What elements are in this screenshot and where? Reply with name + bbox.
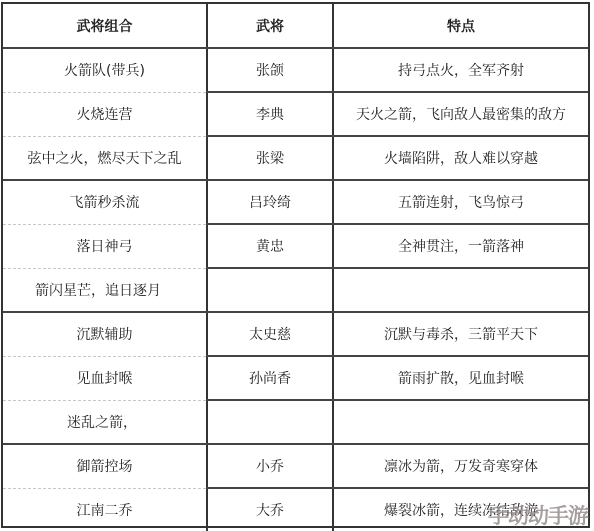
table-row: 见血封喉 孙尚香 箭雨扩散，见血封喉 bbox=[3, 356, 588, 400]
feature-cell: 箭雨扩散，见血封喉 bbox=[332, 356, 588, 400]
general-cell bbox=[206, 268, 332, 312]
feature-cell: 沉默与毒杀，三箭平天下 bbox=[332, 312, 588, 356]
table-header-row: 武将组合 武将 特点 bbox=[3, 4, 588, 48]
general-cell: 李典 bbox=[206, 92, 332, 136]
feature-cell bbox=[332, 268, 588, 312]
general-cell: 大乔 bbox=[206, 488, 332, 531]
grid-line-dashed bbox=[3, 92, 206, 93]
combo-cell: 火烧连营 bbox=[3, 92, 206, 136]
header-combo: 武将组合 bbox=[3, 4, 206, 48]
combo-cell: 迷乱之箭， bbox=[3, 400, 206, 444]
grid-line bbox=[206, 223, 588, 225]
header-general: 武将 bbox=[206, 4, 332, 48]
combo-cell: 御箭控场 bbox=[3, 444, 206, 488]
table-row: 飞箭秒杀流 吕玲绮 五箭连射，飞鸟惊弓 bbox=[3, 180, 588, 224]
combo-cell: 沉默辅助 bbox=[3, 312, 206, 356]
general-cell: 张颌 bbox=[206, 48, 332, 92]
feature-cell: 火墙陷阱，敌人难以穿越 bbox=[332, 136, 588, 180]
feature-cell: 天火之箭，飞向敌人最密集的敌方 bbox=[332, 92, 588, 136]
general-cell: 太史慈 bbox=[206, 312, 332, 356]
grid-line bbox=[206, 487, 588, 489]
combo-cell: 弦中之火，燃尽天下之乱 bbox=[3, 136, 206, 180]
strategy-table: 武将组合 武将 特点 火箭队(带兵) 张颌 持弓点火，全军齐射 火烧连营 李典 … bbox=[1, 2, 590, 528]
combo-cell: 江南二乔 bbox=[3, 488, 206, 531]
table-row: 御箭控场 小乔 凛冰为箭，万发奇寒穿体 bbox=[3, 444, 588, 488]
general-cell bbox=[206, 400, 332, 444]
grid-line bbox=[206, 91, 588, 93]
watermark-logo: 手动动手游 bbox=[488, 500, 588, 530]
grid-line bbox=[206, 399, 588, 401]
header-feature: 特点 bbox=[332, 4, 588, 48]
grid-line bbox=[206, 135, 588, 137]
grid-line bbox=[3, 311, 588, 313]
grid-line bbox=[3, 443, 588, 445]
general-cell: 吕玲绮 bbox=[206, 180, 332, 224]
grid-line-dashed bbox=[3, 488, 206, 489]
table-row: 火箭队(带兵) 张颌 持弓点火，全军齐射 bbox=[3, 48, 588, 92]
general-cell: 张梁 bbox=[206, 136, 332, 180]
combo-cell: 箭闪星芒，追日逐月 bbox=[3, 268, 206, 312]
feature-cell bbox=[332, 400, 588, 444]
feature-cell: 五箭连射，飞鸟惊弓 bbox=[332, 180, 588, 224]
general-cell: 小乔 bbox=[206, 444, 332, 488]
grid-line-dashed bbox=[3, 136, 206, 137]
feature-cell: 凛冰为箭，万发奇寒穿体 bbox=[332, 444, 588, 488]
combo-cell: 火箭队(带兵) bbox=[3, 48, 206, 92]
grid-line-dashed bbox=[3, 400, 206, 401]
feature-cell: 全神贯注，一箭落神 bbox=[332, 224, 588, 268]
table-row: 落日神弓 黄忠 全神贯注，一箭落神 bbox=[3, 224, 588, 268]
table-row: 沉默辅助 太史慈 沉默与毒杀，三箭平天下 bbox=[3, 312, 588, 356]
table-row: 箭闪星芒，追日逐月 bbox=[3, 268, 588, 312]
grid-line bbox=[3, 179, 588, 181]
table-row: 弦中之火，燃尽天下之乱 张梁 火墙陷阱，敌人难以穿越 bbox=[3, 136, 588, 180]
general-cell: 黄忠 bbox=[206, 224, 332, 268]
feature-cell: 持弓点火，全军齐射 bbox=[332, 48, 588, 92]
general-cell: 孙尚香 bbox=[206, 356, 332, 400]
grid-line-dashed bbox=[3, 356, 206, 357]
combo-cell: 落日神弓 bbox=[3, 224, 206, 268]
grid-line-dashed bbox=[3, 224, 206, 225]
grid-line bbox=[3, 47, 588, 49]
combo-cell: 飞箭秒杀流 bbox=[3, 180, 206, 224]
table-row: 迷乱之箭， bbox=[3, 400, 588, 444]
grid-line bbox=[206, 355, 588, 357]
combo-cell: 见血封喉 bbox=[3, 356, 206, 400]
table-row: 火烧连营 李典 天火之箭，飞向敌人最密集的敌方 bbox=[3, 92, 588, 136]
grid-line bbox=[206, 267, 588, 269]
grid-line-dashed bbox=[3, 268, 206, 269]
